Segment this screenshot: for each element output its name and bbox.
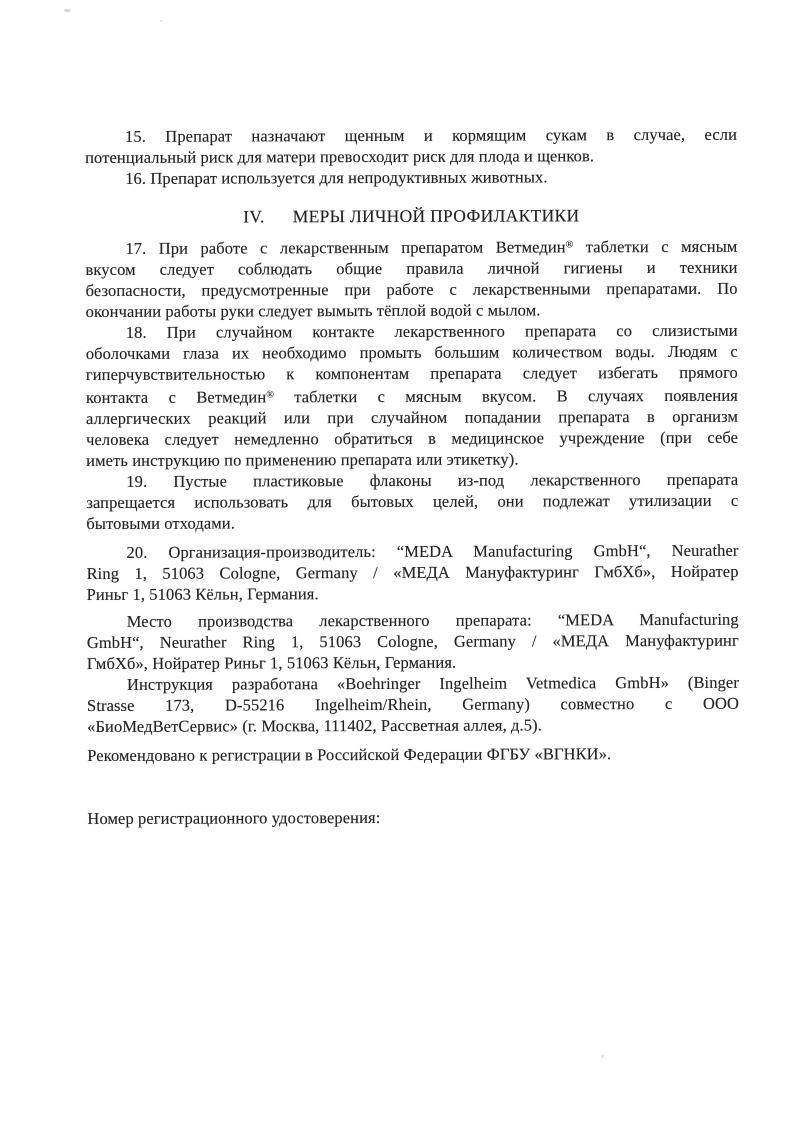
text-run: таблетки с мясным вкусом. В случаях появ… xyxy=(274,386,738,407)
text-run: таблетки с мясным xyxy=(573,237,737,257)
text-line: оболочками глаза их необходимо промыть б… xyxy=(86,341,738,364)
text-run: гиперчувствительностью к компонентам пре… xyxy=(86,363,738,384)
para-19: 19. Пустые пластиковые флаконы из-под ле… xyxy=(86,469,738,534)
text-line: аллергических реакций или при случайном … xyxy=(86,406,738,429)
text-run: 17. При работе с лекарственным препарато… xyxy=(125,237,565,258)
text-run: 16. Препарат используется для непродукти… xyxy=(125,167,547,187)
text-line: ГмбХб», Нойратер Риньг 1, 51063 Кёльн, Г… xyxy=(87,651,739,674)
text-line: GmbH“, Neurather Ring 1, 51063 Cologne, … xyxy=(87,630,739,653)
text-run: иметь инструкцию по применению препарата… xyxy=(86,449,518,470)
text-run: окончании работы руки следует вымыть тёп… xyxy=(86,300,541,321)
text-run: Strasse 173, D-55216 Ingelheim/Rhein, Ge… xyxy=(87,694,739,715)
text-line: 19. Пустые пластиковые флаконы из-под ле… xyxy=(126,469,738,492)
text-line: 18. При случайном контакте лекарственног… xyxy=(126,320,738,343)
text-run: оболочками глаза их необходимо промыть б… xyxy=(86,342,738,363)
text-run: аллергических реакций или при случайном … xyxy=(86,407,738,428)
document-body: 15. Препарат назначают щенным и кормящим… xyxy=(85,124,739,829)
heading-iv: IV.МЕРЫ ЛИЧНОЙ ПРОФИЛАКТИКИ xyxy=(85,203,737,229)
para-instruktsiya: Инструкция разработана «Boehringer Ingel… xyxy=(87,672,739,737)
text-line: Номер регистрационного удостоверения: xyxy=(87,806,739,829)
text-line: контакта с Ветмедин® таблетки с мясным в… xyxy=(86,383,738,408)
text-run: Ring 1, 51063 Cologne, Germany / «МЕДА М… xyxy=(87,562,739,583)
para-rekomendovano: Рекомендовано к регистрации в Российской… xyxy=(87,743,739,766)
text-line: Strasse 173, D-55216 Ingelheim/Rhein, Ge… xyxy=(87,693,739,716)
para-17: 17. При работе с лекарственным препарато… xyxy=(85,234,737,322)
scanned-document-page: 15. Препарат назначают щенным и кормящим… xyxy=(0,0,800,1132)
text-run: контакта с Ветмедин xyxy=(86,387,266,407)
text-run: Рекомендовано к регистрации в Российской… xyxy=(87,744,611,765)
text-line: бытовыми отходами. xyxy=(86,511,738,534)
text-run: Место производства лекарственного препар… xyxy=(127,610,739,631)
text-line: 20. Организация-производитель: “MEDA Man… xyxy=(126,540,738,563)
text-run: 19. Пустые пластиковые флаконы из-под ле… xyxy=(126,470,738,491)
text-run: 15. Препарат назначают щенным и кормящим… xyxy=(125,125,737,146)
scan-speckle xyxy=(64,9,71,12)
text-run: потенциальный риск для матери превосходи… xyxy=(85,146,594,167)
text-line: запрещается использовать для бытовых цел… xyxy=(86,490,738,513)
text-line: человека следует немедленно обратиться в… xyxy=(86,427,738,450)
para-15: 15. Препарат назначают щенным и кормящим… xyxy=(85,124,737,168)
text-line: 15. Препарат назначают щенным и кормящим… xyxy=(125,124,737,147)
text-line: Рекомендовано к регистрации в Российской… xyxy=(87,743,739,766)
text-line: Инструкция разработана «Boehringer Ingel… xyxy=(127,672,739,695)
registered-trademark-sup: ® xyxy=(566,239,574,250)
text-run: GmbH“, Neurather Ring 1, 51063 Cologne, … xyxy=(87,631,739,652)
text-line: окончании работы руки следует вымыть тёп… xyxy=(86,299,738,322)
para-mesto: Место производства лекарственного препар… xyxy=(87,609,739,674)
registered-trademark-sup: ® xyxy=(266,389,274,400)
text-line: Место производства лекарственного препар… xyxy=(127,609,739,632)
text-run: бытовыми отходами. xyxy=(86,513,235,533)
text-line: вкусом следует соблюдать общие правила л… xyxy=(85,257,737,280)
text-line: иметь инструкцию по применению препарата… xyxy=(86,448,738,471)
text-run: ГмбХб», Нойратер Риньг 1, 51063 Кёльн, Г… xyxy=(87,653,456,673)
text-line: Риньг 1, 51063 Кёльн, Германия. xyxy=(87,582,739,605)
text-run: вкусом следует соблюдать общие правила л… xyxy=(85,258,737,279)
scan-speckle xyxy=(601,1055,604,1058)
text-run: Инструкция разработана «Boehringer Ingel… xyxy=(127,673,739,694)
text-line: потенциальный риск для матери превосходи… xyxy=(85,145,737,168)
para-18: 18. При случайном контакте лекарственног… xyxy=(86,320,739,471)
text-run: Риньг 1, 51063 Кёльн, Германия. xyxy=(87,584,319,604)
para-16: 16. Препарат используется для непродукти… xyxy=(85,166,737,189)
text-line: «БиоМедВетСервис» (г. Москва, 111402, Ра… xyxy=(87,714,739,737)
text-line: безопасности, предусмотренные при работе… xyxy=(86,278,738,301)
para-nomer: Номер регистрационного удостоверения: xyxy=(87,806,739,829)
text-line: 17. При работе с лекарственным препарато… xyxy=(125,234,737,259)
text-run: человека следует немедленно обратиться в… xyxy=(86,428,738,449)
text-run: 20. Организация-производитель: “MEDA Man… xyxy=(126,541,738,562)
text-run: запрещается использовать для бытовых цел… xyxy=(86,491,738,512)
section-number: IV. xyxy=(243,204,265,228)
text-line: гиперчувствительностью к компонентам пре… xyxy=(86,362,738,385)
scan-speckle xyxy=(160,20,162,22)
text-line: Ring 1, 51063 Cologne, Germany / «МЕДА М… xyxy=(87,561,739,584)
para-20: 20. Организация-производитель: “MEDA Man… xyxy=(86,540,738,605)
section-title: МЕРЫ ЛИЧНОЙ ПРОФИЛАКТИКИ xyxy=(293,203,580,228)
text-run: безопасности, предусмотренные при работе… xyxy=(86,279,738,300)
text-run: Номер регистрационного удостоверения: xyxy=(87,808,380,828)
text-run: 18. При случайном контакте лекарственног… xyxy=(126,321,738,342)
text-line: 16. Препарат используется для непродукти… xyxy=(125,166,737,189)
text-run: «БиоМедВетСервис» (г. Москва, 111402, Ра… xyxy=(87,715,542,736)
